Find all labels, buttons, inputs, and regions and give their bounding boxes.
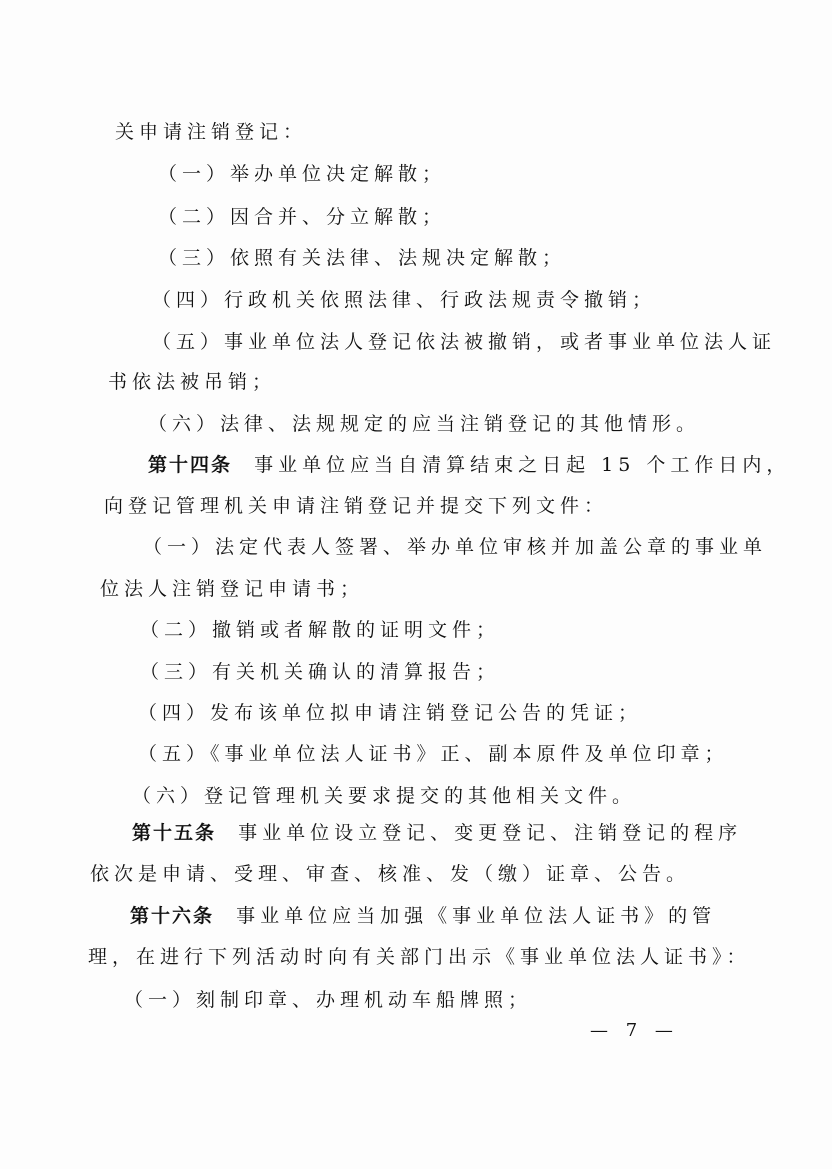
list-item: （四）发布该单位拟申请注销登记公告的凭证； xyxy=(138,701,642,725)
list-item: （六）法律、法规规定的应当注销登记的其他情形。 xyxy=(148,412,700,436)
article-heading: 第十五条 xyxy=(132,822,216,844)
line-text: 关申请注销登记： xyxy=(115,121,307,143)
line-text: 依次是申请、受理、审查、核准、发（缴）证章、公告。 xyxy=(90,863,690,885)
text-line: 书依法被吊销； xyxy=(108,370,276,394)
line-text: 向登记管理机关申请注销登记并提交下列文件： xyxy=(104,495,608,517)
list-item: （一）法定代表人签署、举办单位审核并加盖公章的事业单 xyxy=(143,535,767,559)
text-line: 向登记管理机关申请注销登记并提交下列文件： xyxy=(104,494,608,518)
line-text: 事业单位应当自清算结束之日起 15 个工作日内， xyxy=(254,454,790,476)
text-line: 位法人注销登记申请书； xyxy=(100,577,364,601)
list-item: （一）刻制印章、办理机动车船牌照； xyxy=(124,988,532,1012)
list-item: （三）有关机关确认的清算报告； xyxy=(140,660,500,684)
line-text: （一）法定代表人签署、举办单位审核并加盖公章的事业单 xyxy=(143,536,767,558)
list-item: （二）因合并、分立解散； xyxy=(158,205,446,229)
article-16: 第十六条 事业单位应当加强《事业单位法人证书》的管 xyxy=(130,904,716,928)
line-text: （四）行政机关依照法律、行政法规责令撤销； xyxy=(152,289,656,311)
line-text: （四）发布该单位拟申请注销登记公告的凭证； xyxy=(138,702,642,724)
line-text: （三）有关机关确认的清算报告； xyxy=(140,661,500,683)
line-text: 事业单位应当加强《事业单位法人证书》的管 xyxy=(236,905,716,927)
text-line: 依次是申请、受理、审查、核准、发（缴）证章、公告。 xyxy=(90,862,690,886)
text-line: 关申请注销登记： xyxy=(115,120,307,144)
line-text: （二）因合并、分立解散； xyxy=(158,206,446,228)
list-item: （二）撤销或者解散的证明文件； xyxy=(140,618,500,642)
list-item: （一）举办单位决定解散； xyxy=(158,162,446,186)
list-item: （五）事业单位法人登记依法被撤销，或者事业单位法人证 xyxy=(152,330,776,354)
article-heading: 第十四条 xyxy=(148,454,232,476)
text-line: 理，在进行下列活动时向有关部门出示《事业单位法人证书》： xyxy=(88,945,751,969)
article-15: 第十五条 事业单位设立登记、变更登记、注销登记的程序 xyxy=(132,821,742,845)
list-item: （三）依照有关法律、法规决定解散； xyxy=(158,246,566,270)
list-item: （五）《事业单位法人证书》正、副本原件及单位印章； xyxy=(138,742,729,766)
list-item: （六）登记管理机关要求提交的其他相关文件。 xyxy=(132,784,636,808)
article-14: 第十四条 事业单位应当自清算结束之日起 15 个工作日内， xyxy=(148,453,790,477)
line-text: （五）《事业单位法人证书》正、副本原件及单位印章； xyxy=(138,743,729,765)
line-text: 理，在进行下列活动时向有关部门出示《事业单位法人证书》： xyxy=(88,946,751,968)
line-text: （五）事业单位法人登记依法被撤销，或者事业单位法人证 xyxy=(152,331,776,353)
line-text: （三）依照有关法律、法规决定解散； xyxy=(158,247,566,269)
document-page: 关申请注销登记： （一）举办单位决定解散； （二）因合并、分立解散； （三）依照… xyxy=(0,0,832,1169)
line-text: 位法人注销登记申请书； xyxy=(100,578,364,600)
line-text: （一）举办单位决定解散； xyxy=(158,163,446,185)
line-text: （六）登记管理机关要求提交的其他相关文件。 xyxy=(132,785,636,807)
line-text: （一）刻制印章、办理机动车船牌照； xyxy=(124,989,532,1011)
page-number: — 7 — xyxy=(590,1020,679,1041)
line-text: （六）法律、法规规定的应当注销登记的其他情形。 xyxy=(148,413,700,435)
line-text: 事业单位设立登记、变更登记、注销登记的程序 xyxy=(238,822,742,844)
line-text: 书依法被吊销； xyxy=(108,371,276,393)
list-item: （四）行政机关依照法律、行政法规责令撤销； xyxy=(152,288,656,312)
article-heading: 第十六条 xyxy=(130,905,214,927)
line-text: （二）撤销或者解散的证明文件； xyxy=(140,619,500,641)
